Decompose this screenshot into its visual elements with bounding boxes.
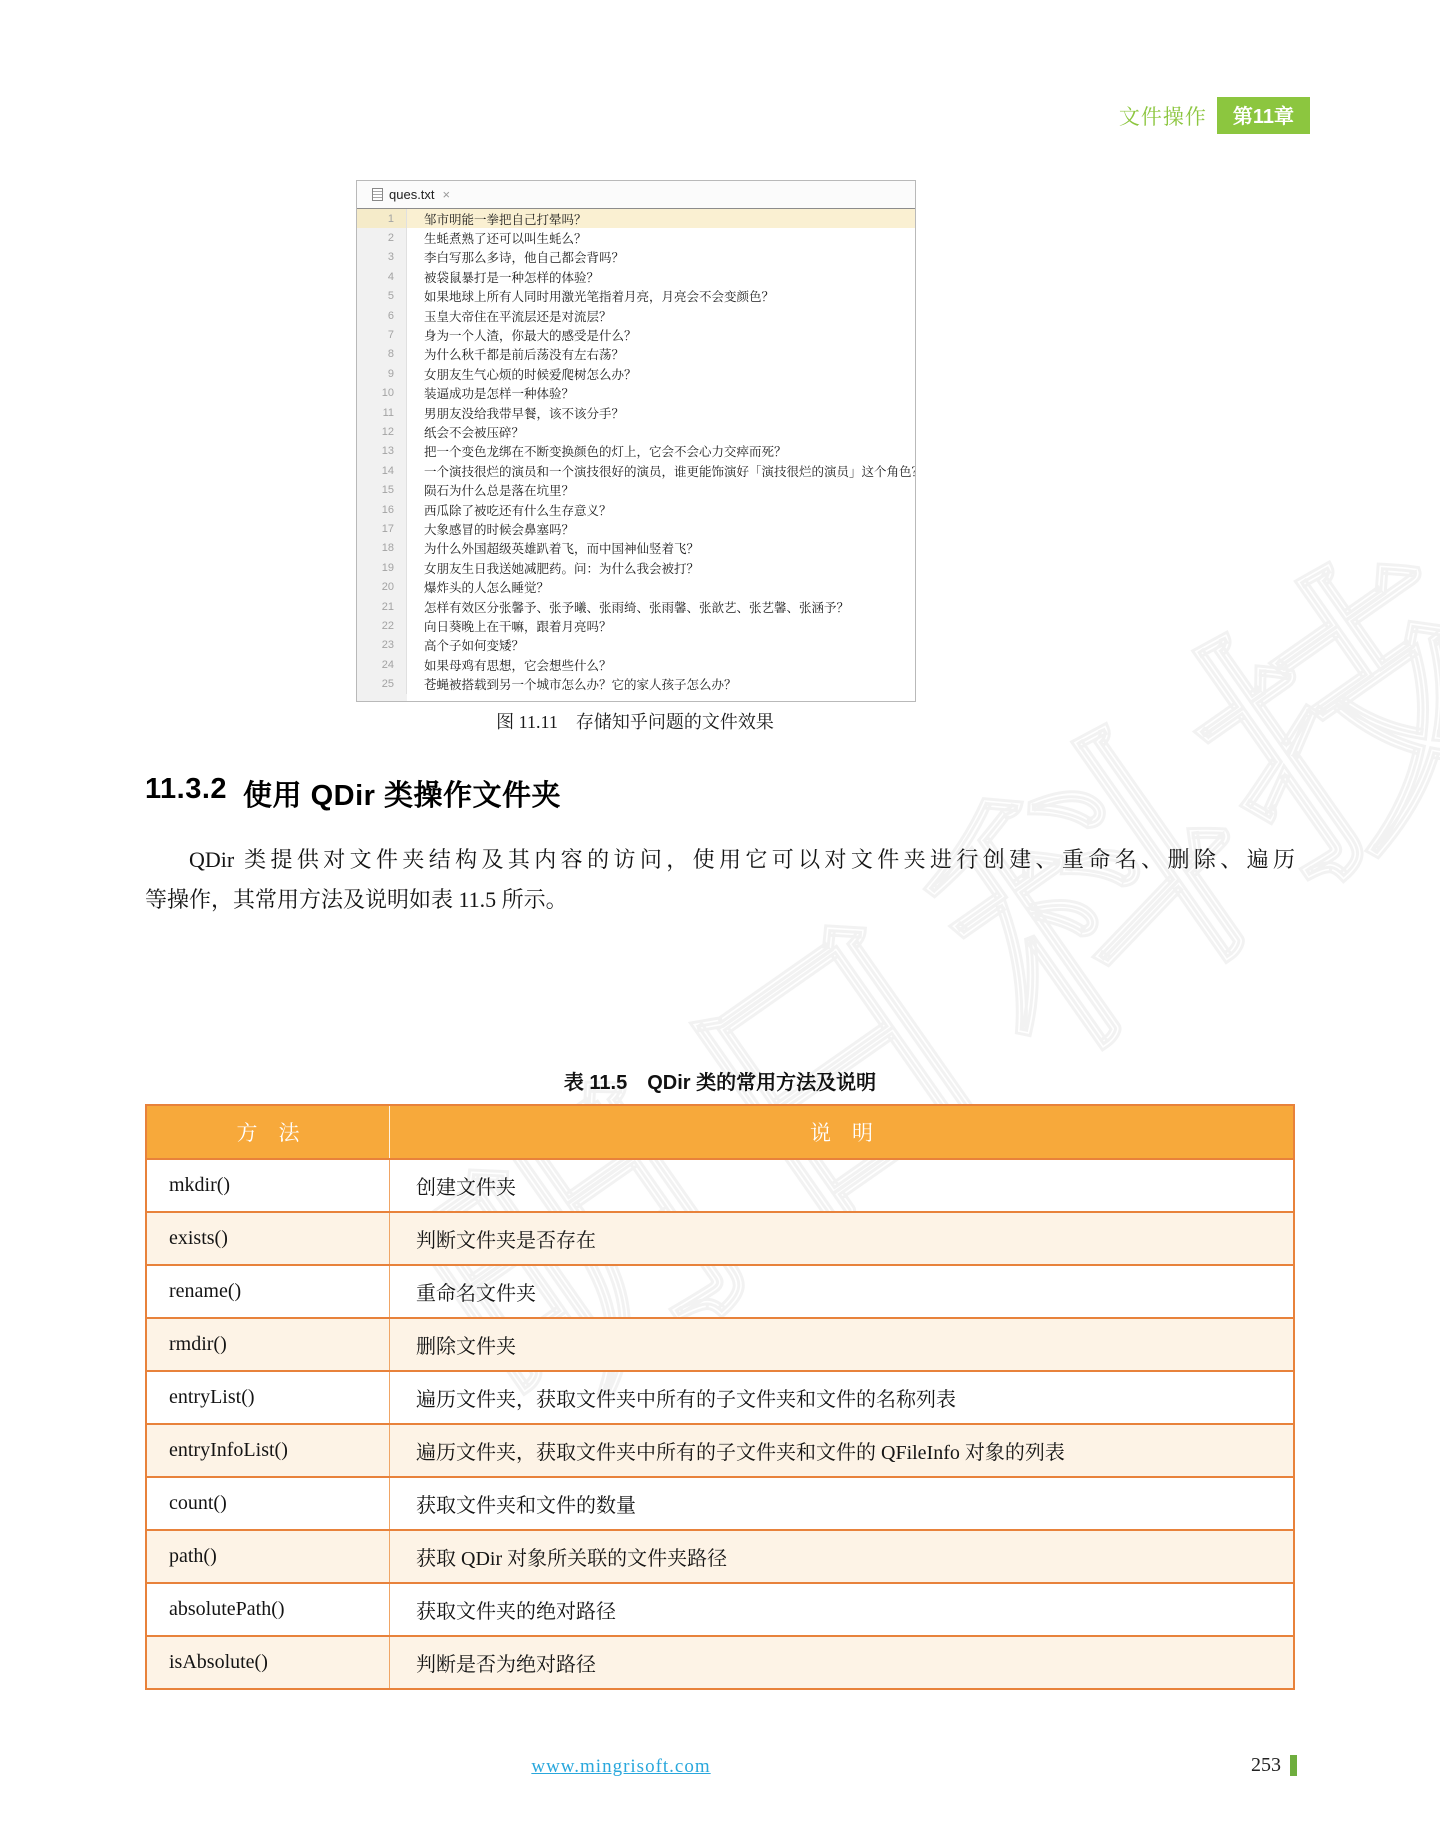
editor-line[interactable]: 18为什么外国超级英雄趴着飞，而中国神仙竖着飞？ [357,539,915,558]
line-text: 一个演技很烂的演员和一个演技很好的演员，谁更能饰演好「演技很烂的演员」这个角色？ [407,462,915,480]
description-cell: 创建文件夹 [390,1159,1295,1212]
line-number: 17 [357,519,407,538]
description-cell: 获取文件夹的绝对路径 [390,1583,1295,1636]
line-text: 纸会不会被压碎？ [407,423,915,441]
editor-line[interactable]: 7身为一个人渣，你最大的感受是什么？ [357,325,915,344]
table-header-cell: 说 明 [390,1105,1295,1159]
table-row: rmdir()删除文件夹 [146,1318,1294,1371]
method-cell: path() [146,1530,390,1583]
line-number: 4 [357,267,407,286]
description-cell: 获取 QDir 对象所关联的文件夹路径 [390,1530,1295,1583]
chapter-section-label: 文件操作 [1119,101,1207,131]
line-text: 如果母鸡有思想，它会想些什么？ [407,656,915,674]
line-text: 爆炸头的人怎么睡觉？ [407,578,915,596]
line-text: 男朋友没给我带早餐，该不该分手？ [407,404,915,422]
line-number: 6 [357,306,407,325]
line-number: 24 [357,655,407,674]
line-number: 22 [357,616,407,635]
paragraph-line: QDir 类提供对文件夹结构及其内容的访问，使用它可以对文件夹进行创建、重命名、… [145,840,1295,880]
editor-line[interactable]: 1邹市明能一拳把自己打晕吗？ [357,209,915,228]
line-number: 1 [357,209,407,228]
figure-caption: 图 11.11 存储知乎问题的文件效果 [356,708,914,734]
section-title: 使用 QDir 类操作文件夹 [243,773,561,814]
description-cell: 获取文件夹和文件的数量 [390,1477,1295,1530]
page-number-bar [1290,1755,1297,1776]
line-text: 邹市明能一拳把自己打晕吗？ [407,210,915,228]
editor-line[interactable]: 9女朋友生气心烦的时候爱爬树怎么办？ [357,364,915,383]
line-number: 8 [357,345,407,364]
table-row: entryList()遍历文件夹，获取文件夹中所有的子文件夹和文件的名称列表 [146,1371,1294,1424]
line-number: 18 [357,539,407,558]
table-row: exists()判断文件夹是否存在 [146,1212,1294,1265]
line-number: 11 [357,403,407,422]
paragraph-line: 等操作，其常用方法及说明如表 11.5 所示。 [145,880,1295,920]
editor-line[interactable]: 23高个子如何变矮？ [357,636,915,655]
editor-line[interactable]: 2生蚝煮熟了还可以叫生蚝么？ [357,228,915,247]
text-editor-window: ques.txt × 1邹市明能一拳把自己打晕吗？2生蚝煮熟了还可以叫生蚝么？3… [356,180,916,702]
line-text: 如果地球上所有人同时用激光笔指着月亮，月亮会不会变颜色？ [407,287,915,305]
line-number: 2 [357,228,407,247]
editor-tab-bar: ques.txt × [357,181,915,209]
editor-line[interactable]: 19女朋友生日我送她减肥药。问：为什么我会被打？ [357,558,915,577]
line-number: 5 [357,287,407,306]
book-page: 文件操作 第11章 明日科技 ques.txt × 1邹市明能一拳把自己打晕吗？… [0,0,1440,1833]
line-text: 李白写那么多诗，他自己都会背吗？ [407,248,915,266]
method-cell: isAbsolute() [146,1636,390,1689]
table-row: path()获取 QDir 对象所关联的文件夹路径 [146,1530,1294,1583]
editor-line[interactable]: 8为什么秋千都是前后荡没有左右荡？ [357,345,915,364]
line-number: 13 [357,442,407,461]
table-row: isAbsolute()判断是否为绝对路径 [146,1636,1294,1689]
method-cell: entryList() [146,1371,390,1424]
line-number: 12 [357,422,407,441]
document-icon [372,188,383,201]
editor-line[interactable]: 10装逼成功是怎样一种体验？ [357,384,915,403]
line-number: 15 [357,480,407,499]
editor-line[interactable]: 21怎样有效区分张馨予、张予曦、张雨绮、张雨馨、张歆艺、张艺馨、张涵予？ [357,597,915,616]
qdir-methods-table: 方 法说 明 mkdir()创建文件夹exists()判断文件夹是否存在rena… [145,1104,1295,1690]
editor-line[interactable]: 15陨石为什么总是落在坑里？ [357,480,915,499]
description-cell: 判断是否为绝对路径 [390,1636,1295,1689]
description-cell: 删除文件夹 [390,1318,1295,1371]
table-row: count()获取文件夹和文件的数量 [146,1477,1294,1530]
section-heading: 11.3.2 使用 QDir 类操作文件夹 [145,773,561,814]
line-number: 16 [357,500,407,519]
line-text: 装逼成功是怎样一种体验？ [407,384,915,402]
line-text: 苍蝇被搭载到另一个城市怎么办？它的家人孩子怎么办？ [407,675,915,693]
line-number: 20 [357,577,407,596]
line-text: 被袋鼠暴打是一种怎样的体验？ [407,268,915,286]
editor-line[interactable]: 12纸会不会被压碎？ [357,422,915,441]
line-number: 19 [357,558,407,577]
line-number: 10 [357,384,407,403]
tab-filename: ques.txt [389,187,435,202]
chapter-badge: 第11章 [1217,97,1310,134]
editor-line[interactable]: 6玉皇大帝住在平流层还是对流层？ [357,306,915,325]
table-row: absolutePath()获取文件夹的绝对路径 [146,1583,1294,1636]
description-cell: 遍历文件夹，获取文件夹中所有的子文件夹和文件的 QFileInfo 对象的列表 [390,1424,1295,1477]
table-row: entryInfoList()遍历文件夹，获取文件夹中所有的子文件夹和文件的 Q… [146,1424,1294,1477]
footer-site-link[interactable]: www.mingrisoft.com [531,1756,710,1777]
method-cell: exists() [146,1212,390,1265]
editor-line[interactable]: 20爆炸头的人怎么睡觉？ [357,577,915,596]
method-cell: absolutePath() [146,1583,390,1636]
line-text: 生蚝煮熟了还可以叫生蚝么？ [407,229,915,247]
section-number: 11.3.2 [145,773,227,814]
description-cell: 重命名文件夹 [390,1265,1295,1318]
table-header-cell: 方 法 [146,1105,390,1159]
editor-line[interactable]: 14一个演技很烂的演员和一个演技很好的演员，谁更能饰演好「演技很烂的演员」这个角… [357,461,915,480]
editor-line[interactable]: 11男朋友没给我带早餐，该不该分手？ [357,403,915,422]
description-cell: 遍历文件夹，获取文件夹中所有的子文件夹和文件的名称列表 [390,1371,1295,1424]
line-text: 为什么外国超级英雄趴着飞，而中国神仙竖着飞？ [407,539,915,557]
line-number: 25 [357,674,407,693]
editor-line[interactable]: 13把一个变色龙绑在不断变换颜色的灯上，它会不会心力交瘁而死？ [357,442,915,461]
method-cell: rmdir() [146,1318,390,1371]
line-number: 23 [357,636,407,655]
footer: www.mingrisoft.com [356,1756,886,1778]
chapter-header: 文件操作 第11章 [1119,97,1310,134]
editor-line[interactable]: 5如果地球上所有人同时用激光笔指着月亮，月亮会不会变颜色？ [357,287,915,306]
table-row: mkdir()创建文件夹 [146,1159,1294,1212]
line-text: 女朋友生气心烦的时候爱爬树怎么办？ [407,365,915,383]
page-number: 253 [1251,1754,1281,1777]
method-cell: count() [146,1477,390,1530]
line-text: 玉皇大帝住在平流层还是对流层？ [407,307,915,325]
method-cell: entryInfoList() [146,1424,390,1477]
close-icon[interactable]: × [443,188,451,201]
line-number: 14 [357,461,407,480]
line-number: 3 [357,248,407,267]
line-text: 向日葵晚上在干嘛，跟着月亮吗？ [407,617,915,635]
page-number-block: 253 [1251,1754,1297,1777]
line-text: 西瓜除了被吃还有什么生存意义？ [407,501,915,519]
editor-line[interactable]: 17大象感冒的时候会鼻塞吗？ [357,519,915,538]
editor-line[interactable]: 4被袋鼠暴打是一种怎样的体验？ [357,267,915,286]
line-text: 把一个变色龙绑在不断变换颜色的灯上，它会不会心力交瘁而死？ [407,442,915,460]
editor-line[interactable]: 24如果母鸡有思想，它会想些什么？ [357,655,915,674]
line-text: 高个子如何变矮？ [407,636,915,654]
editor-body: 1邹市明能一拳把自己打晕吗？2生蚝煮熟了还可以叫生蚝么？3李白写那么多诗，他自己… [357,209,915,701]
method-cell: rename() [146,1265,390,1318]
editor-line[interactable]: 25苍蝇被搭载到另一个城市怎么办？它的家人孩子怎么办？ [357,674,915,693]
body-paragraph: QDir 类提供对文件夹结构及其内容的访问，使用它可以对文件夹进行创建、重命名、… [145,840,1295,920]
line-number: 9 [357,364,407,383]
line-text: 女朋友生日我送她减肥药。问：为什么我会被打？ [407,559,915,577]
table-header-row: 方 法说 明 [146,1105,1294,1159]
table-caption: 表 11.5 QDir 类的常用方法及说明 [145,1066,1295,1095]
line-text: 陨石为什么总是落在坑里？ [407,481,915,499]
editor-line[interactable]: 3李白写那么多诗，他自己都会背吗？ [357,248,915,267]
description-cell: 判断文件夹是否存在 [390,1212,1295,1265]
editor-line[interactable]: 16西瓜除了被吃还有什么生存意义？ [357,500,915,519]
line-text: 身为一个人渣，你最大的感受是什么？ [407,326,915,344]
line-number: 7 [357,325,407,344]
table-row: rename()重命名文件夹 [146,1265,1294,1318]
method-cell: mkdir() [146,1159,390,1212]
line-text: 怎样有效区分张馨予、张予曦、张雨绮、张雨馨、张歆艺、张艺馨、张涵予？ [407,598,915,616]
line-text: 大象感冒的时候会鼻塞吗？ [407,520,915,538]
editor-line[interactable]: 22向日葵晚上在干嘛，跟着月亮吗？ [357,616,915,635]
tab-ques-txt[interactable]: ques.txt × [366,181,456,208]
line-number: 21 [357,597,407,616]
line-text: 为什么秋千都是前后荡没有左右荡？ [407,345,915,363]
